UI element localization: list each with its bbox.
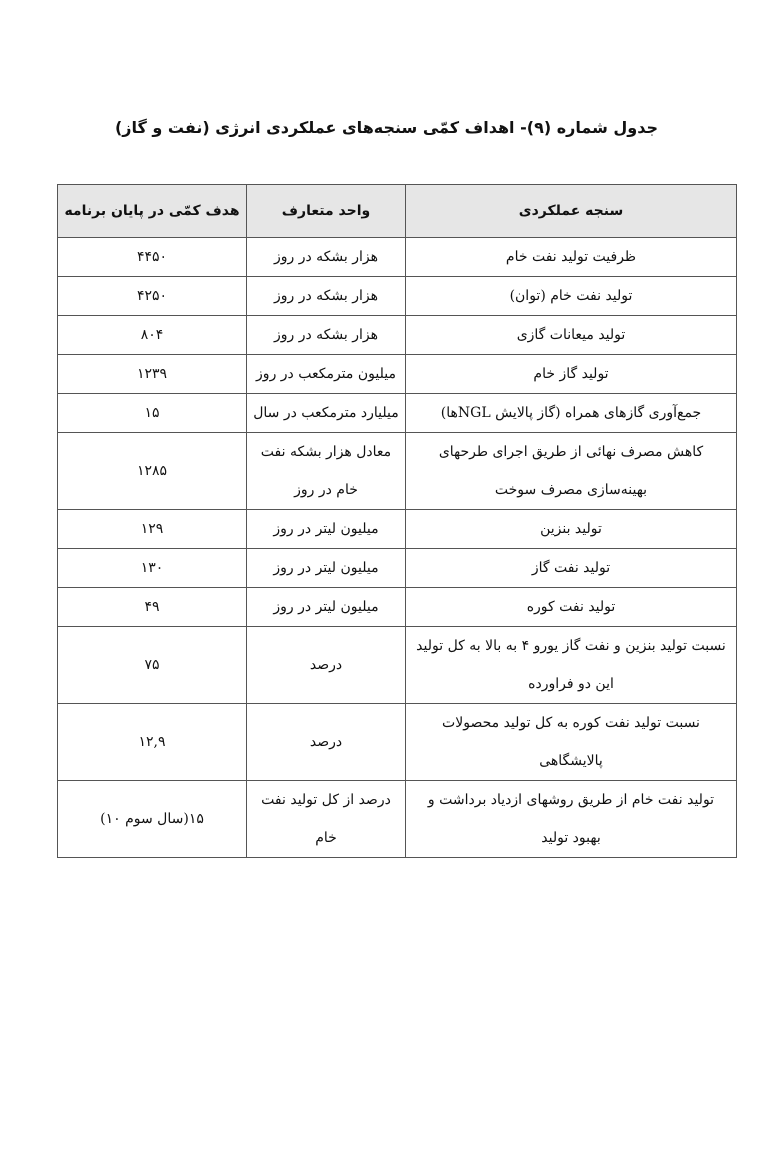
table-row: کاهش مصرف نهائی از طریق اجرای طرحهای بهی…: [58, 433, 737, 510]
metric-cell: جمع‌آوری گازهای همراه (گاز پالایش NGLها): [406, 394, 737, 433]
target-cell: ۱۵(سال سوم ۱۰): [58, 781, 247, 858]
table-row: تولید نفت کوره میلیون لیتر در روز ۴۹: [58, 588, 737, 627]
target-cell: ۱۳۰: [58, 549, 247, 588]
table-row: نسبت تولید نفت کوره به کل تولید محصولات …: [58, 704, 737, 781]
target-cell: ۴۲۵۰: [58, 277, 247, 316]
target-cell: ۱۵: [58, 394, 247, 433]
target-cell: ۴۹: [58, 588, 247, 627]
metric-cell: تولید نفت گاز: [406, 549, 737, 588]
metric-cell: تولید نفت خام (توان): [406, 277, 737, 316]
unit-cell: میلیون لیتر در روز: [247, 510, 406, 549]
unit-cell: میلیون لیتر در روز: [247, 588, 406, 627]
table-row: ظرفیت تولید نفت خام هزار بشکه در روز ۴۴۵…: [58, 238, 737, 277]
target-cell: ۴۴۵۰: [58, 238, 247, 277]
metric-cell: تولید میعانات گازی: [406, 316, 737, 355]
metric-cell: تولید بنزین: [406, 510, 737, 549]
unit-cell: معادل هزار بشکه نفت خام در روز: [247, 433, 406, 510]
unit-cell: میلیارد مترمکعب در سال: [247, 394, 406, 433]
target-cell: ۱۲,۹: [58, 704, 247, 781]
target-cell: ۷۵: [58, 627, 247, 704]
unit-cell: هزار بشکه در روز: [247, 277, 406, 316]
metric-cell: ظرفیت تولید نفت خام: [406, 238, 737, 277]
target-cell: ۸۰۴: [58, 316, 247, 355]
unit-cell: درصد: [247, 627, 406, 704]
unit-cell: درصد: [247, 704, 406, 781]
metric-cell: نسبت تولید نفت کوره به کل تولید محصولات …: [406, 704, 737, 781]
table-row: تولید بنزین میلیون لیتر در روز ۱۲۹: [58, 510, 737, 549]
header-row: سنجه عملکردی واحد متعارف هدف کمّی در پای…: [58, 185, 737, 238]
table-row: تولید گاز خام میلیون مترمکعب در روز ۱۲۳۹: [58, 355, 737, 394]
unit-cell: میلیون لیتر در روز: [247, 549, 406, 588]
table-row: تولید نفت گاز میلیون لیتر در روز ۱۳۰: [58, 549, 737, 588]
target-cell: ۱۲۳۹: [58, 355, 247, 394]
header-target: هدف کمّی در پایان برنامه: [58, 185, 247, 238]
table-title: جدول شماره (۹)- اهداف کمّی سنجه‌های عملک…: [0, 118, 773, 137]
metric-cell: کاهش مصرف نهائی از طریق اجرای طرحهای بهی…: [406, 433, 737, 510]
header-unit: واحد متعارف: [247, 185, 406, 238]
metric-cell: تولید نفت خام از طریق روشهای ازدیاد بردا…: [406, 781, 737, 858]
table-row: نسبت تولید بنزین و نفت گاز یورو ۴ به بال…: [58, 627, 737, 704]
energy-targets-table: سنجه عملکردی واحد متعارف هدف کمّی در پای…: [57, 184, 737, 858]
table-row: جمع‌آوری گازهای همراه (گاز پالایش NGLها)…: [58, 394, 737, 433]
unit-cell: میلیون مترمکعب در روز: [247, 355, 406, 394]
target-cell: ۱۲۹: [58, 510, 247, 549]
table-row: تولید میعانات گازی هزار بشکه در روز ۸۰۴: [58, 316, 737, 355]
unit-cell: هزار بشکه در روز: [247, 316, 406, 355]
metric-cell: نسبت تولید بنزین و نفت گاز یورو ۴ به بال…: [406, 627, 737, 704]
target-cell: ۱۲۸۵: [58, 433, 247, 510]
unit-cell: درصد از کل تولید نفت خام: [247, 781, 406, 858]
metric-cell: تولید گاز خام: [406, 355, 737, 394]
metric-cell: تولید نفت کوره: [406, 588, 737, 627]
header-metric: سنجه عملکردی: [406, 185, 737, 238]
table-row: تولید نفت خام (توان) هزار بشکه در روز ۴۲…: [58, 277, 737, 316]
table-row: تولید نفت خام از طریق روشهای ازدیاد بردا…: [58, 781, 737, 858]
unit-cell: هزار بشکه در روز: [247, 238, 406, 277]
